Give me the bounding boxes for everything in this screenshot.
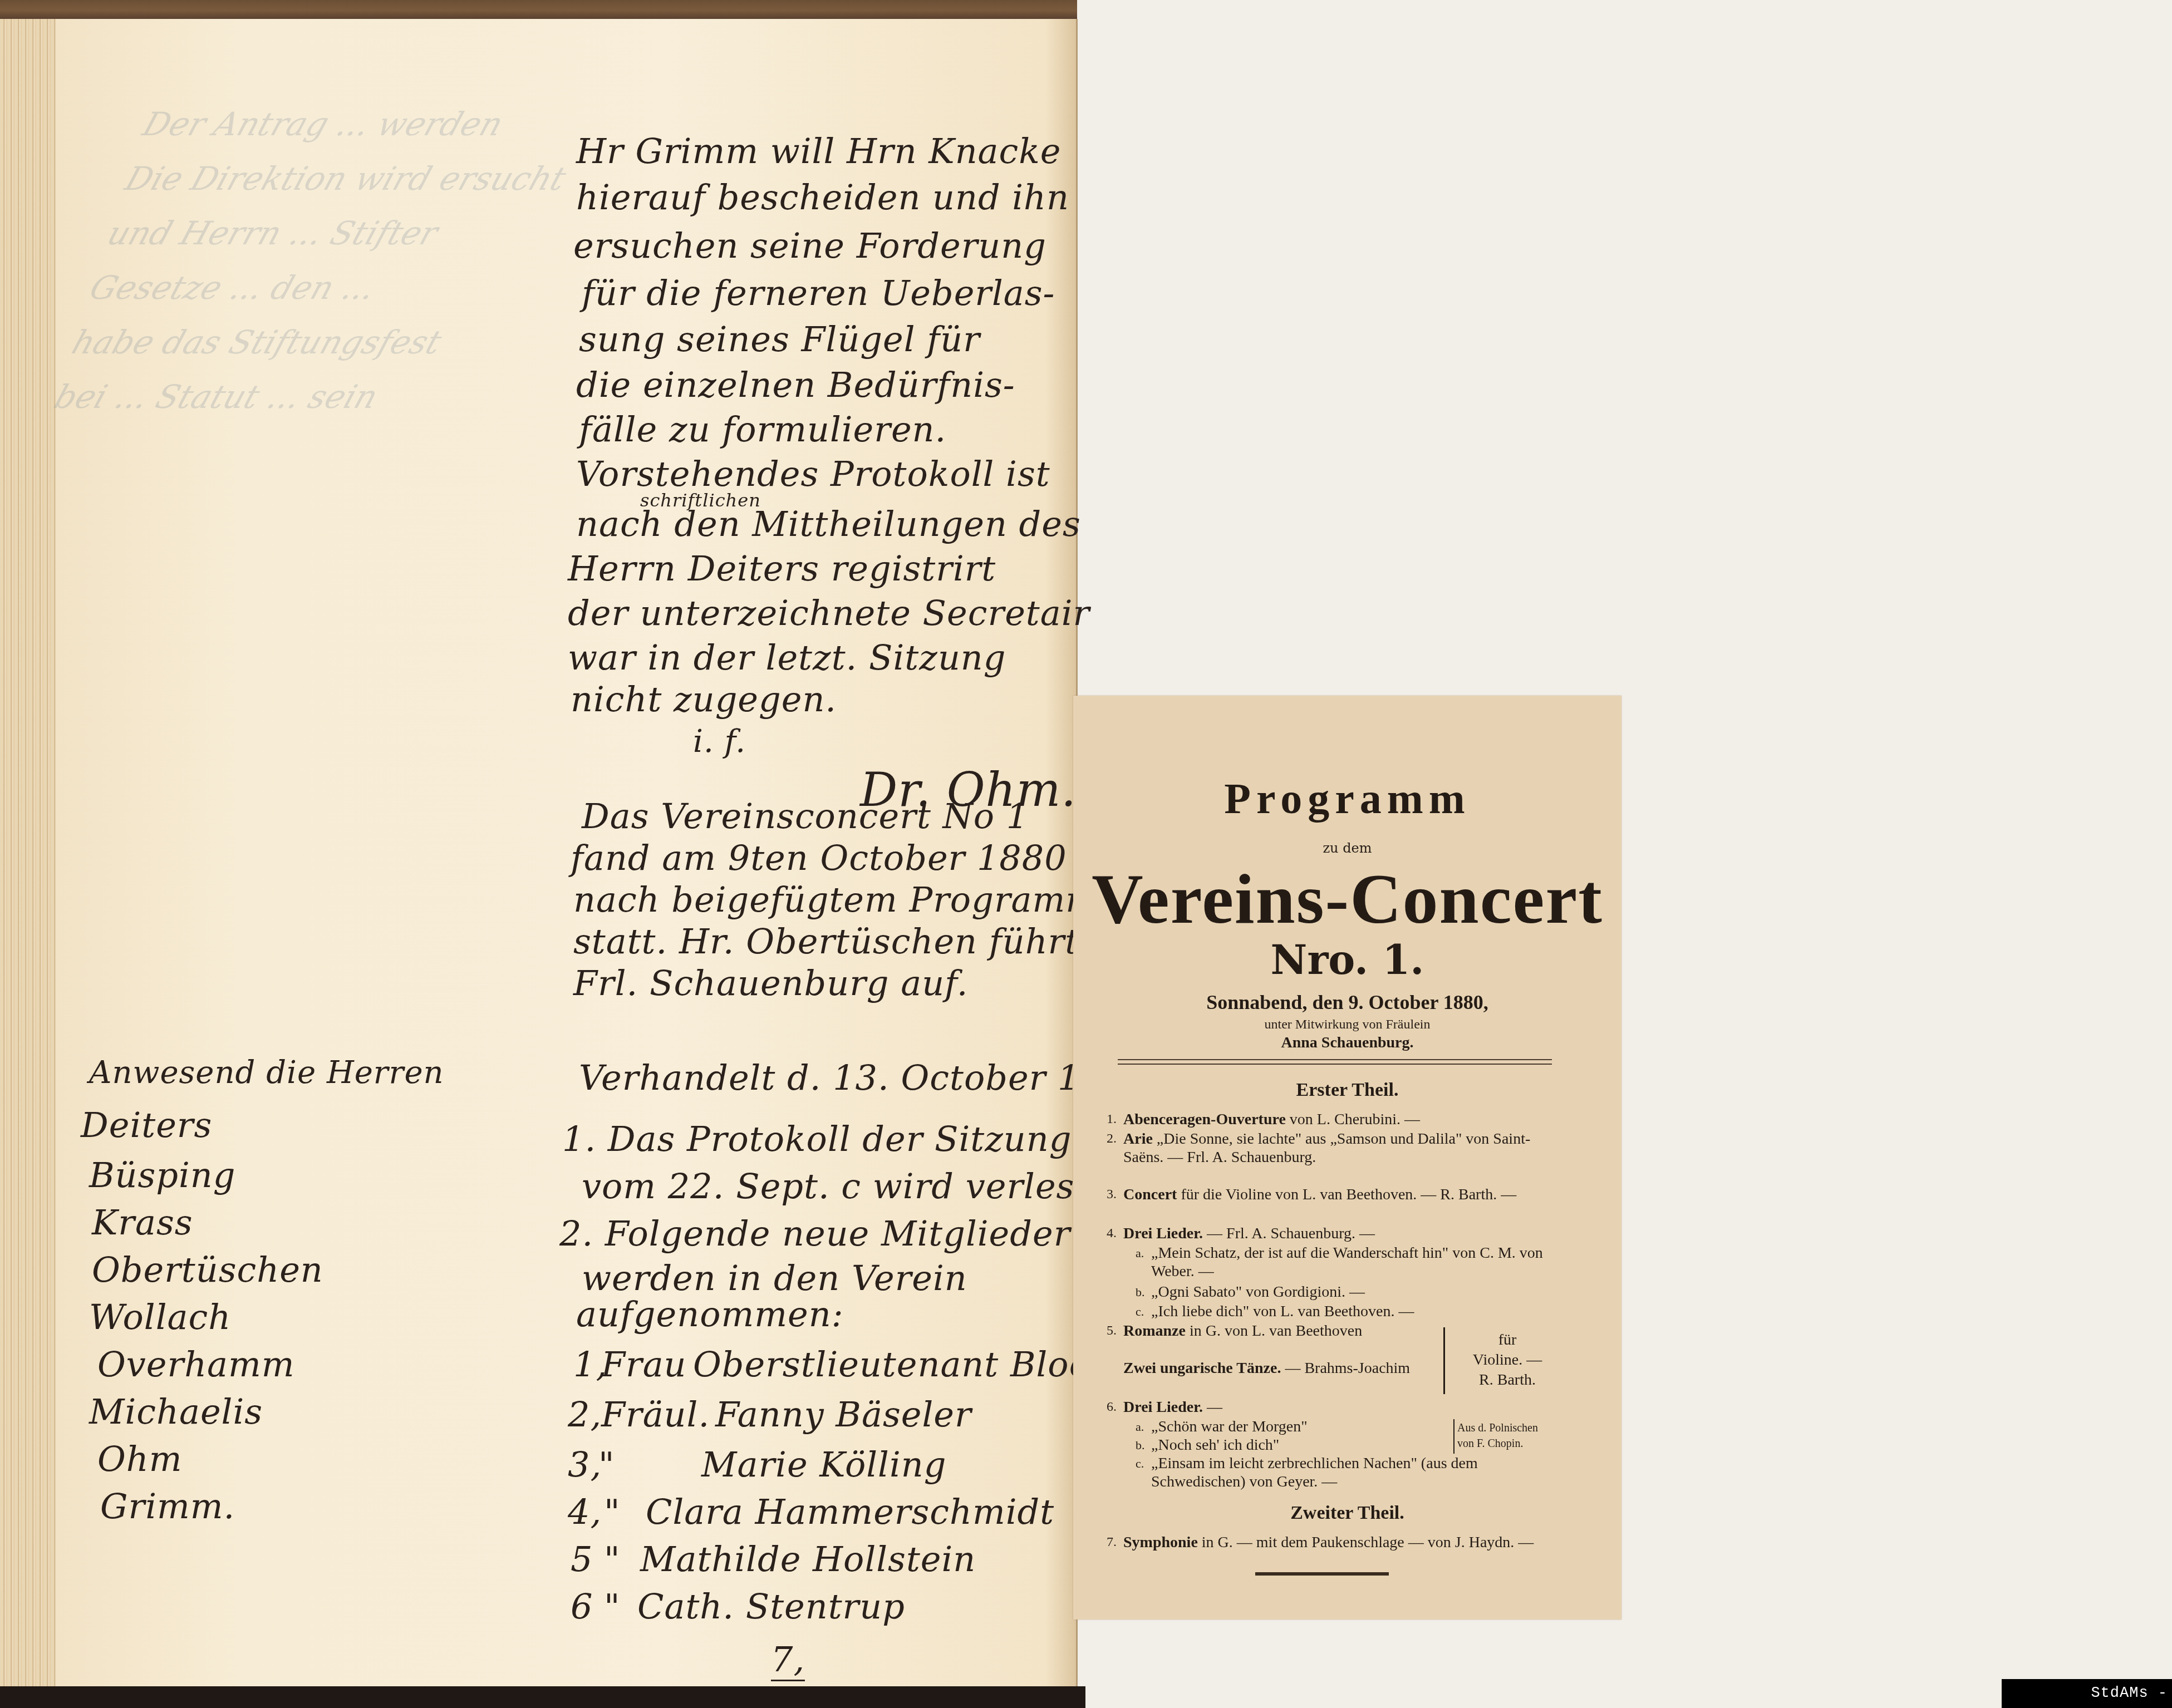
handwritten-line: war in der letzt. Sitzung: [568, 637, 1006, 678]
program-item: Zwei ungarische Tänze. — Brahms-Joachim: [1123, 1359, 1435, 1377]
item5-performer-note: für Violine. — R. Barth.: [1452, 1330, 1563, 1390]
bleed-through-text: Der Antrag ... werden Die Direktion wird…: [47, 97, 591, 424]
member-number: 6: [571, 1586, 593, 1627]
item-text: in G. — mit dem Paukenschlage — von J. H…: [1198, 1534, 1534, 1551]
double-rule-divider: [1118, 1059, 1552, 1065]
sub-item-text: „Schön war der Morgen": [1151, 1418, 1308, 1435]
handwritten-line: Hr Grimm will Hrn Knacke: [576, 131, 1062, 171]
member-name: Oberstlieutenant Block: [693, 1344, 1110, 1385]
program-sub-item: b.„Ogni Sabato" von Gordigioni. —: [1151, 1283, 1552, 1301]
handwritten-line: nicht zugegen.: [571, 679, 837, 720]
item-work: Drei Lieder.: [1123, 1399, 1203, 1416]
brace-icon: [1453, 1419, 1454, 1454]
program-number: Nro. 1.: [1073, 936, 1621, 983]
member-name: Marie Kölling: [701, 1444, 946, 1485]
member-title: ": [604, 1492, 621, 1532]
item-text: — Brahms-Joachim: [1281, 1360, 1410, 1377]
attendee-name: Grimm.: [100, 1486, 235, 1527]
attendee-name: Obertüschen: [92, 1249, 323, 1290]
member-title: ": [598, 1444, 615, 1485]
book-bottom-shadow: [0, 1686, 1085, 1708]
handwritten-line: Herrn Deiters registrirt: [568, 548, 996, 589]
program-item: 1.Abenceragen-Ouverture von L. Cherubini…: [1123, 1110, 1557, 1129]
handwritten-line: 1. Das Protokoll der Sitzung: [562, 1119, 1072, 1159]
item-number: 1.: [1107, 1110, 1117, 1129]
handwritten-line: Frl. Schauenburg auf.: [573, 963, 969, 1003]
program-item: 3.Concert für die Violine von L. van Bee…: [1123, 1185, 1557, 1204]
program-item: 4.Drei Lieder. — Frl. A. Schauenburg. —: [1123, 1224, 1557, 1243]
attendee-name: Michaelis: [89, 1391, 263, 1432]
program-sub-item: b.„Noch seh' ich dich": [1151, 1436, 1429, 1454]
part1-heading: Erster Theil.: [1073, 1080, 1621, 1101]
brace-note-line: von F. Chopin.: [1457, 1436, 1563, 1451]
handwritten-line: sung seines Flügel für: [579, 319, 980, 360]
handwritten-abbrev: i. f.: [693, 723, 746, 760]
program-main-title: Vereins-Concert: [1073, 858, 1621, 940]
brace-note-line: Violine. —: [1452, 1350, 1563, 1370]
item-number: 6.: [1107, 1398, 1117, 1416]
member-number: 4,: [568, 1492, 602, 1532]
sub-item-letter: a.: [1136, 1417, 1144, 1436]
attendee-name: Wollach: [89, 1297, 231, 1337]
sub-item-text: „Ich liebe dich" von L. van Beethoven. —: [1151, 1303, 1414, 1320]
program-subtitle: zu dem: [1073, 840, 1621, 856]
sub-item-letter: a.: [1136, 1244, 1144, 1262]
program-artist: Anna Schauenburg.: [1073, 1034, 1621, 1052]
handwritten-line: aufgenommen:: [576, 1294, 844, 1335]
member-title: Fräul.: [601, 1394, 710, 1435]
member-number: 3,: [568, 1444, 602, 1485]
member-title: ": [604, 1586, 621, 1627]
handwritten-line: 2. Folgende neue Mitglieder: [559, 1213, 1070, 1254]
page-footer-mark: 7,: [771, 1639, 805, 1681]
attendee-name: Deiters: [81, 1105, 212, 1145]
program-date: Sonnabend, den 9. October 1880,: [1073, 991, 1621, 1014]
member-name: Fanny Bäseler: [715, 1394, 972, 1435]
attendee-name: Krass: [92, 1202, 193, 1243]
handwritten-line: Vorstehendes Protokoll ist: [576, 454, 1050, 494]
book-binding: [0, 0, 1077, 19]
meeting-heading: Verhandelt d. 13. October 1880: [579, 1057, 1148, 1098]
program-item: 7.Symphonie in G. — mit dem Paukenschlag…: [1123, 1533, 1557, 1552]
archive-reference-label: StdAMs - MV_003_104: [2002, 1679, 2172, 1708]
handwritten-line: nach beigefügtem Programm: [573, 879, 1099, 920]
program-cooperation: unter Mitwirkung von Fräulein: [1073, 1017, 1621, 1032]
handwritten-line: fand am 9ten October 1880: [571, 838, 1067, 878]
item-work: Symphonie: [1123, 1534, 1198, 1551]
item-number: 2.: [1107, 1130, 1117, 1148]
item-number: 5.: [1107, 1322, 1117, 1340]
sub-item-text: „Noch seh' ich dich": [1151, 1436, 1279, 1454]
program-item: 6.Drei Lieder. —: [1123, 1398, 1557, 1416]
handwritten-line: hierauf bescheiden und ihn: [576, 177, 1069, 218]
handwritten-line: der unterzeichnete Secretair: [568, 593, 1090, 633]
member-number: 2,: [568, 1394, 602, 1435]
handwritten-line: die einzelnen Bedürfnis-: [576, 365, 1015, 405]
concert-program-sheet: Programm zu dem Vereins-Concert Nro. 1. …: [1073, 696, 1621, 1620]
item-text: —: [1203, 1399, 1222, 1416]
program-sub-item: a.„Schön war der Morgen": [1151, 1417, 1429, 1436]
end-rule-divider: [1255, 1572, 1389, 1576]
member-number: 5: [571, 1539, 593, 1579]
item-work: Concert: [1123, 1186, 1177, 1203]
item-number: 3.: [1107, 1185, 1117, 1204]
program-sub-item: c.„Ich liebe dich" von L. van Beethoven.…: [1151, 1302, 1552, 1321]
member-name: Clara Hammerschmidt: [646, 1492, 1054, 1532]
sub-item-text: „Mein Schatz, der ist auf die Wanderscha…: [1151, 1244, 1543, 1280]
member-name: Mathilde Hollstein: [640, 1539, 976, 1579]
item-number: 7.: [1107, 1533, 1117, 1552]
attendee-name: Overhamm: [97, 1344, 295, 1385]
item-text: für die Violine von L. van Beethoven. — …: [1177, 1186, 1516, 1203]
item-work: Abenceragen-Ouverture: [1123, 1111, 1286, 1128]
brace-note-line: für: [1452, 1330, 1563, 1350]
handwritten-line: nach den Mittheilungen des: [576, 504, 1081, 544]
part2-heading: Zweiter Theil.: [1073, 1503, 1621, 1524]
item-text: in G. von L. van Beethoven: [1186, 1322, 1362, 1340]
attendee-name: Ohm: [97, 1439, 183, 1479]
item-text: „Die Sonne, sie lachte" aus „Samson und …: [1123, 1130, 1530, 1166]
handwritten-line: werden in den Verein: [582, 1258, 967, 1298]
item-work: Romanze: [1123, 1322, 1186, 1340]
brace-note-line: R. Barth.: [1452, 1370, 1563, 1390]
sub-item-text: „Einsam im leicht zerbrechlichen Nachen"…: [1151, 1455, 1478, 1490]
handwritten-line: ersuchen seine Forderung: [573, 225, 1046, 266]
item-work: Arie: [1123, 1130, 1153, 1148]
sub-item-letter: c.: [1136, 1302, 1144, 1321]
sub-item-letter: c.: [1136, 1454, 1144, 1473]
item-number: 4.: [1107, 1224, 1117, 1243]
handwritten-line: vom 22. Sept. c wird verlesen: [582, 1166, 1118, 1207]
program-item: 5.Romanze in G. von L. van Beethoven: [1123, 1322, 1435, 1340]
sub-item-letter: b.: [1136, 1283, 1145, 1301]
item-work: Drei Lieder.: [1123, 1225, 1203, 1242]
sub-item-letter: b.: [1136, 1436, 1145, 1454]
member-title: ": [604, 1539, 621, 1579]
handwritten-line: fälle zu formulieren.: [579, 409, 946, 450]
program-item: 2.Arie „Die Sonne, sie lachte" aus „Sams…: [1123, 1130, 1557, 1166]
item-text: — Frl. A. Schauenburg. —: [1203, 1225, 1375, 1242]
handwritten-line: Das Vereinsconcert No 1: [582, 796, 1029, 836]
handwritten-line: für die ferneren Ueberlas-: [582, 273, 1055, 313]
handwritten-line: statt. Hr. Obertüschen führte: [573, 921, 1100, 962]
item-text: von L. Cherubini. —: [1286, 1111, 1420, 1128]
brace-icon: [1443, 1327, 1445, 1394]
program-sub-item: c.„Einsam im leicht zerbrechlichen Nache…: [1151, 1454, 1552, 1491]
brace-note-line: Aus d. Polnischen: [1457, 1420, 1563, 1436]
book-page-edges: [0, 19, 56, 1689]
item6-source-note: Aus d. Polnischen von F. Chopin.: [1457, 1420, 1563, 1451]
member-title: Frau: [601, 1344, 687, 1385]
sub-item-text: „Ogni Sabato" von Gordigioni. —: [1151, 1283, 1365, 1301]
member-name: Cath. Stentrup: [637, 1586, 905, 1627]
attendee-name: Büsping: [89, 1155, 235, 1195]
attendees-heading: Anwesend die Herren: [89, 1055, 444, 1091]
program-title: Programm: [1073, 774, 1621, 824]
item-work: Zwei ungarische Tänze.: [1123, 1360, 1281, 1377]
program-sub-item: a.„Mein Schatz, der ist auf die Wandersc…: [1151, 1244, 1552, 1281]
